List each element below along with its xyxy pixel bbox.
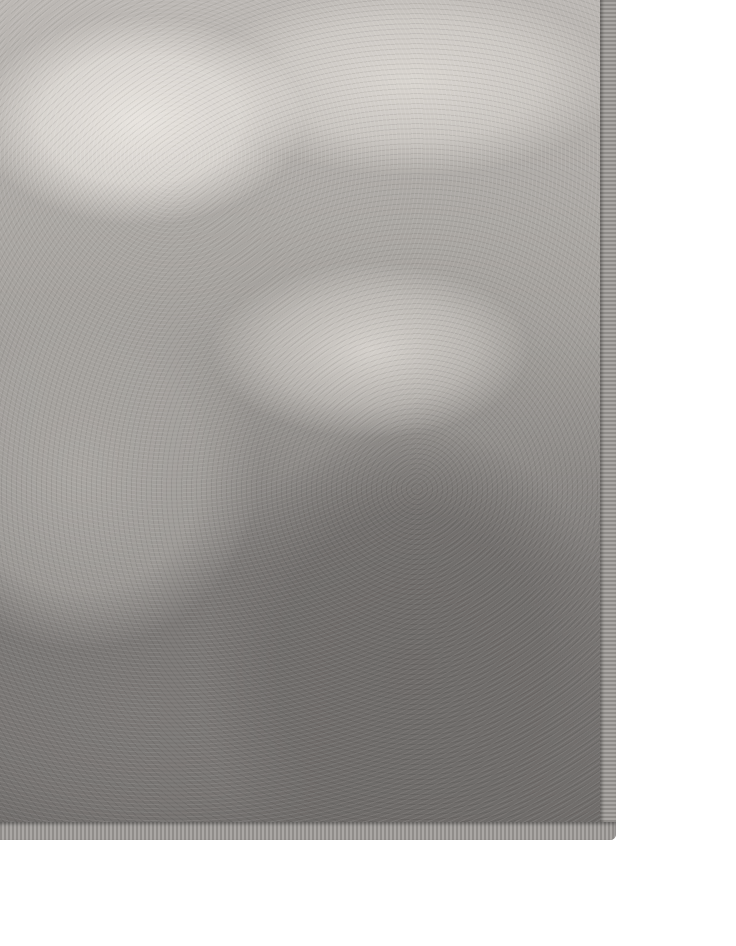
rug-edge-binding-right (600, 0, 616, 840)
rug-edge-binding-bottom (0, 822, 616, 840)
rug-pile-pattern (0, 0, 600, 822)
rug-photo (0, 0, 616, 840)
pile-texture (0, 0, 600, 822)
